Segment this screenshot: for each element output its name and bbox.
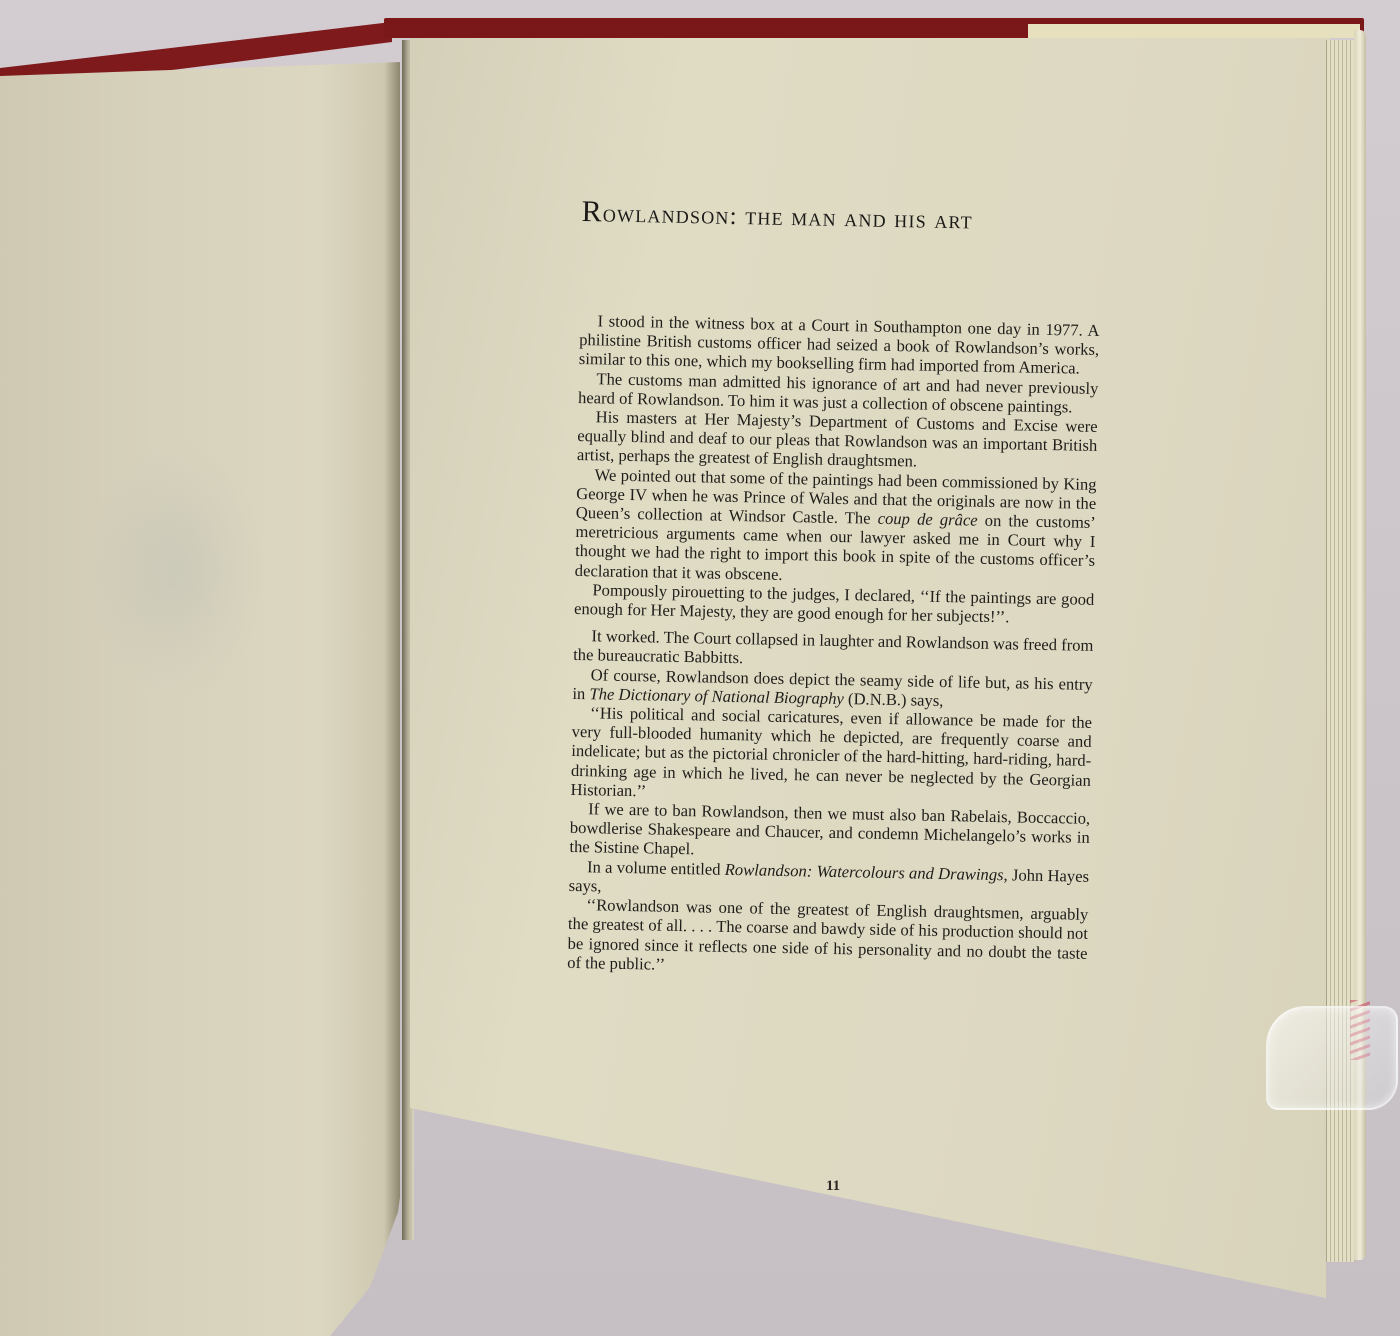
page-text-block: Rowlandson: the man and his art I stood … [567,195,1102,982]
title-rest: owlandson: the man and his art [603,200,974,234]
paragraph-9: If we are to ban Rowlandson, then we mus… [569,799,1090,867]
page-number: 11 [826,1178,840,1195]
paragraph-1: I stood in the witness box at a Court in… [579,311,1100,379]
quote-dnb: ‘‘His political and social caricatures, … [570,703,1092,809]
paragraph-3: His masters at Her Majesty’s Department … [577,407,1098,475]
italic-hayes-title: Rowlandson: Watercolours and Drawings [725,860,1004,884]
quote-hayes: ‘‘Rowlandson was one of the greatest of … [567,895,1088,982]
plastic-page-clip [1266,1006,1398,1110]
chapter-body: I stood in the witness box at a Court in… [567,311,1100,982]
paragraph-7-text-cont: (D.N.B.) says, [844,689,944,710]
title-drop-cap: R [581,195,603,228]
italic-coup-de-grace: coup de grâce [878,509,978,530]
paragraph-10-text: In a volume entitled [587,857,725,879]
paragraph-4: We pointed out that some of the painting… [575,465,1097,590]
left-blank-page [0,62,400,1336]
book-cover-worn-edge [1028,24,1360,38]
show-through-shadow [86,440,266,700]
